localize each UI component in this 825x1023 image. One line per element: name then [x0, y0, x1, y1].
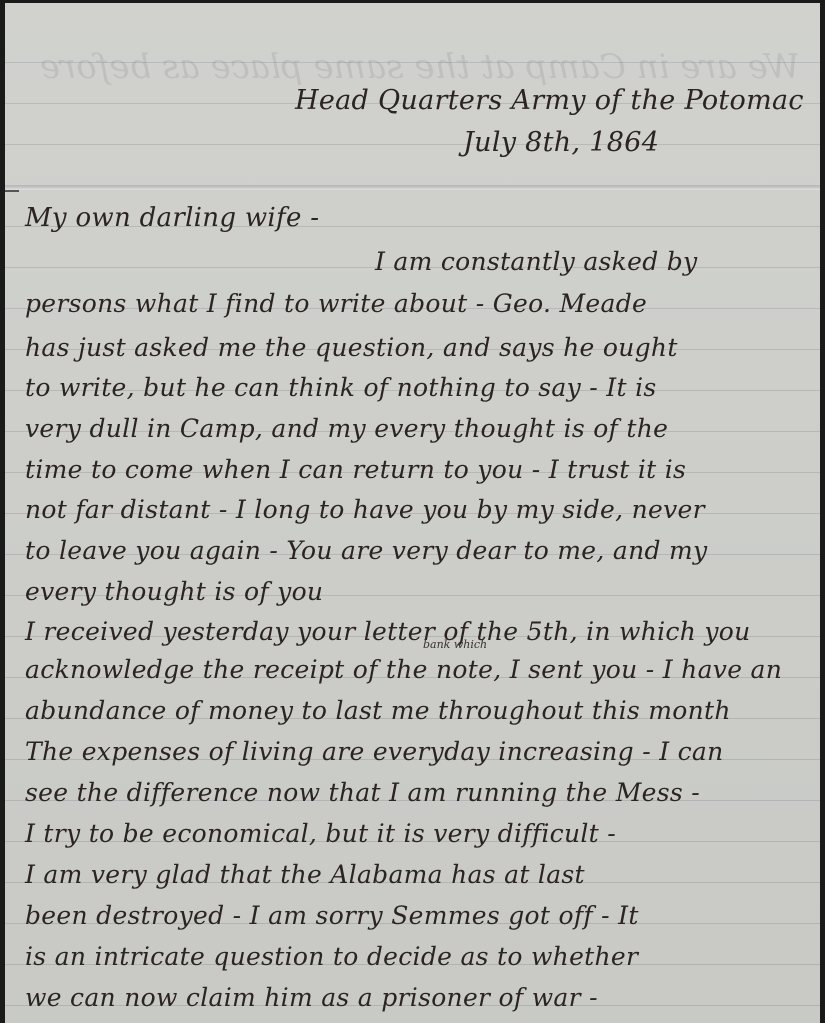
letter-line: not far distant - I long to have you by …	[25, 495, 705, 524]
letter-line: is an intricate question to decide as to…	[25, 942, 638, 971]
bleed-through-text: We are in Camp at the same place as befo…	[65, 43, 800, 91]
margin-dash-mark	[5, 190, 19, 192]
letter-line: to write, but he can think of nothing to…	[25, 373, 657, 402]
letter-line: see the difference now that I am running…	[25, 778, 700, 807]
letter-salutation: My own darling wife -	[25, 203, 319, 233]
paper-fold-line	[5, 186, 820, 190]
letter-line: persons what I find to write about - Geo…	[25, 289, 647, 318]
letter-line: very dull in Camp, and my every thought …	[25, 414, 668, 443]
letter-date: July 8th, 1864	[463, 127, 659, 158]
letter-line: we can now claim him as a prisoner of wa…	[25, 983, 598, 1012]
letter-line: been destroyed - I am sorry Semmes got o…	[25, 901, 639, 930]
letter-place-heading: Head Quarters Army of the Potomac	[295, 85, 804, 116]
letter-line: every thought is of you	[25, 577, 323, 606]
letter-line: I am constantly asked by	[375, 247, 697, 276]
letter-line: The expenses of living are everyday incr…	[25, 737, 724, 766]
interlinear-insert: bank which	[423, 638, 487, 651]
letter-line: to leave you again - You are very dear t…	[25, 536, 707, 565]
letter-line: time to come when I can return to you - …	[25, 455, 686, 484]
letter-line: has just asked me the question, and says…	[25, 333, 678, 362]
letter-line: I am very glad that the Alabama has at l…	[25, 860, 585, 889]
letter-page: We are in Camp at the same place as befo…	[5, 3, 820, 1023]
letter-line: I try to be economical, but it is very d…	[25, 819, 616, 848]
letter-line: abundance of money to last me throughout…	[25, 696, 731, 725]
letter-line: I received yesterday your letter of the …	[25, 617, 751, 646]
letter-line: acknowledge the receipt of the note, I s…	[25, 655, 782, 684]
